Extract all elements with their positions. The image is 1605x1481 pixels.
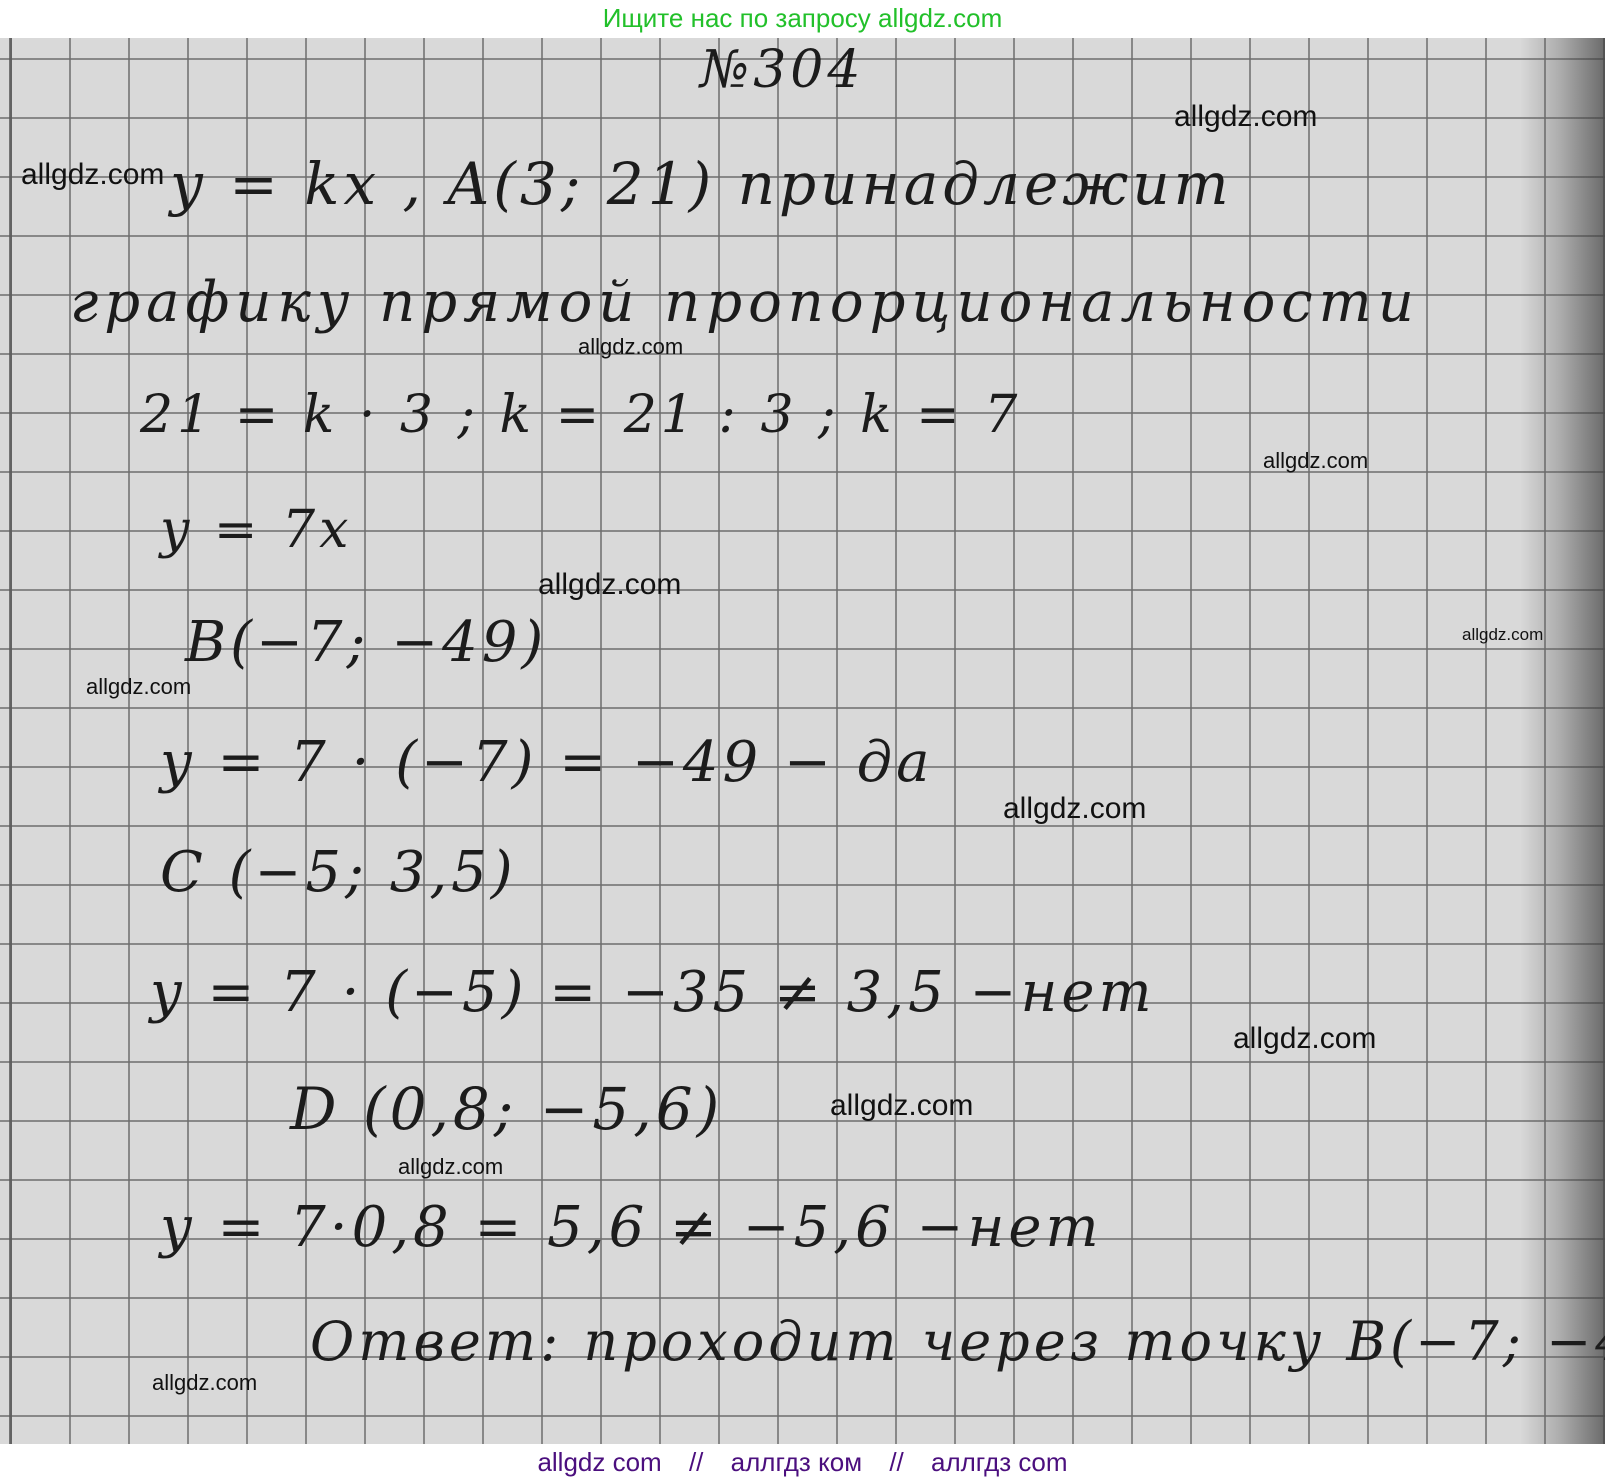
solution-line-4: y = 7x [160, 500, 352, 560]
solution-line-10: y = 7·0,8 = 5,6 ≠ −5,6 −нет [160, 1195, 1103, 1260]
watermark: allgdz.com [21, 158, 164, 192]
bottom-banner-item: allgdz com [537, 1447, 661, 1477]
watermark: allgdz.com [1003, 792, 1146, 826]
solution-line-2: графику прямой пропорциональности [70, 270, 1420, 335]
top-banner: Ищите нас по запросу allgdz.com [0, 0, 1605, 38]
solution-line-1: y = kx , A(3; 21) принадлежит [170, 150, 1233, 218]
bottom-banner-separator: // [689, 1447, 703, 1477]
watermark: allgdz.com [152, 1370, 257, 1396]
bottom-banner: allgdz com // аллгдз ком // аллгдз com [0, 1444, 1605, 1481]
watermark: allgdz.com [1462, 625, 1543, 645]
solution-line-6: y = 7 · (−7) = −49 − да [160, 730, 934, 795]
problem-number: №304 [700, 40, 864, 100]
bottom-banner-item: аллгдз com [931, 1447, 1068, 1477]
bottom-banner-item: аллгдз ком [731, 1447, 862, 1477]
watermark: allgdz.com [1263, 448, 1368, 474]
solution-line-8: y = 7 · (−5) = −35 ≠ 3,5 −нет [150, 960, 1156, 1025]
watermark: allgdz.com [830, 1089, 973, 1123]
bottom-banner-separator: // [889, 1447, 903, 1477]
solution-line-3: 21 = k · 3 ; k = 21 : 3 ; k = 7 [140, 385, 1021, 445]
solution-line-7: C (−5; 3,5) [160, 840, 517, 905]
watermark: allgdz.com [538, 568, 681, 602]
watermark: allgdz.com [1174, 100, 1317, 134]
watermark: allgdz.com [398, 1154, 503, 1180]
answer-line: Ответ: проходит через точку B(−7; −49) [310, 1310, 1605, 1373]
solution-line-9: D (0,8; −5,6) [290, 1075, 723, 1143]
watermark: allgdz.com [1233, 1022, 1376, 1056]
margin-line [9, 38, 12, 1444]
solution-line-5: B(−7; −49) [185, 610, 547, 675]
watermark: allgdz.com [86, 674, 191, 700]
watermark: allgdz.com [578, 334, 683, 360]
